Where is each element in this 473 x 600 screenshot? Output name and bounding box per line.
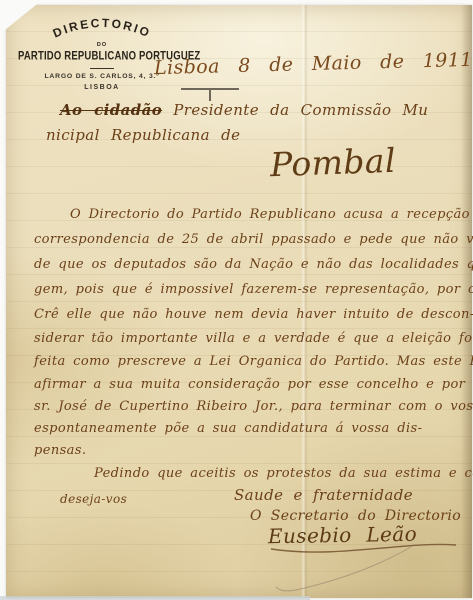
body-line: pensas. (34, 443, 86, 458)
addressee-line-2: nicipal Republicana de (46, 126, 240, 144)
body-line: afirmar a sua muita consideração por ess… (34, 377, 473, 392)
body-line: Crê elle que não houve nem devia haver i… (34, 307, 473, 322)
body-line: espontaneamente põe a sua candidatura á … (34, 421, 422, 436)
body-line: gem, pois que é impossivel fazerem-se re… (34, 282, 473, 297)
closing-line: Pedindo que aceitis os protestos da sua … (94, 466, 473, 481)
signoff-role: O Secretario do Directorio (250, 508, 461, 524)
addressee-struck-word: Ao cidadão (60, 101, 162, 119)
letterhead-rule (90, 68, 114, 69)
paper-edge-shadow (461, 5, 472, 598)
addressee-line-1: Ao cidadão Presidente da Commissão Mu (60, 101, 428, 119)
body-line: sr. José de Cupertino Ribeiro Jor., para… (34, 399, 473, 414)
closing-left: deseja-vos (60, 492, 127, 506)
signature: Eusebio Leão (268, 522, 417, 549)
scan-bottom-edge (0, 596, 310, 600)
body-line: siderar tão importante villa e a verdade… (34, 331, 473, 346)
paper-sheet: DIRECTORIO DO PARTIDO REPUBLICANO PORTUG… (6, 5, 472, 598)
letterhead: DIRECTORIO DO PARTIDO REPUBLICANO PORTUG… (18, 13, 186, 91)
body-line: de que os deputados são da Nação e não d… (34, 257, 473, 272)
letterhead-city: LISBOA (18, 84, 186, 91)
body-line: O Directorio do Partido Republicano acus… (34, 207, 473, 222)
letterhead-ornament (181, 88, 239, 101)
dateline: Lisboa 8 de Maio de 1911 (154, 49, 473, 79)
letterhead-arc: DIRECTORIO (27, 13, 177, 45)
salutation: Saude e fraternidade (234, 486, 413, 504)
addressee-line-1-text: Presidente da Commissão Mu (173, 101, 428, 119)
letterhead-arc-title: DIRECTORIO (51, 16, 153, 41)
scanned-letter-page: DIRECTORIO DO PARTIDO REPUBLICANO PORTUG… (0, 0, 473, 600)
body-line: correspondencia de 25 de abril ppassado … (34, 232, 473, 247)
ornament-stem (209, 90, 211, 101)
addressee-place: Pombal (269, 141, 396, 184)
body-line: feita como prescreve a Lei Organica do P… (34, 354, 473, 369)
svg-text:DIRECTORIO: DIRECTORIO (51, 16, 153, 41)
